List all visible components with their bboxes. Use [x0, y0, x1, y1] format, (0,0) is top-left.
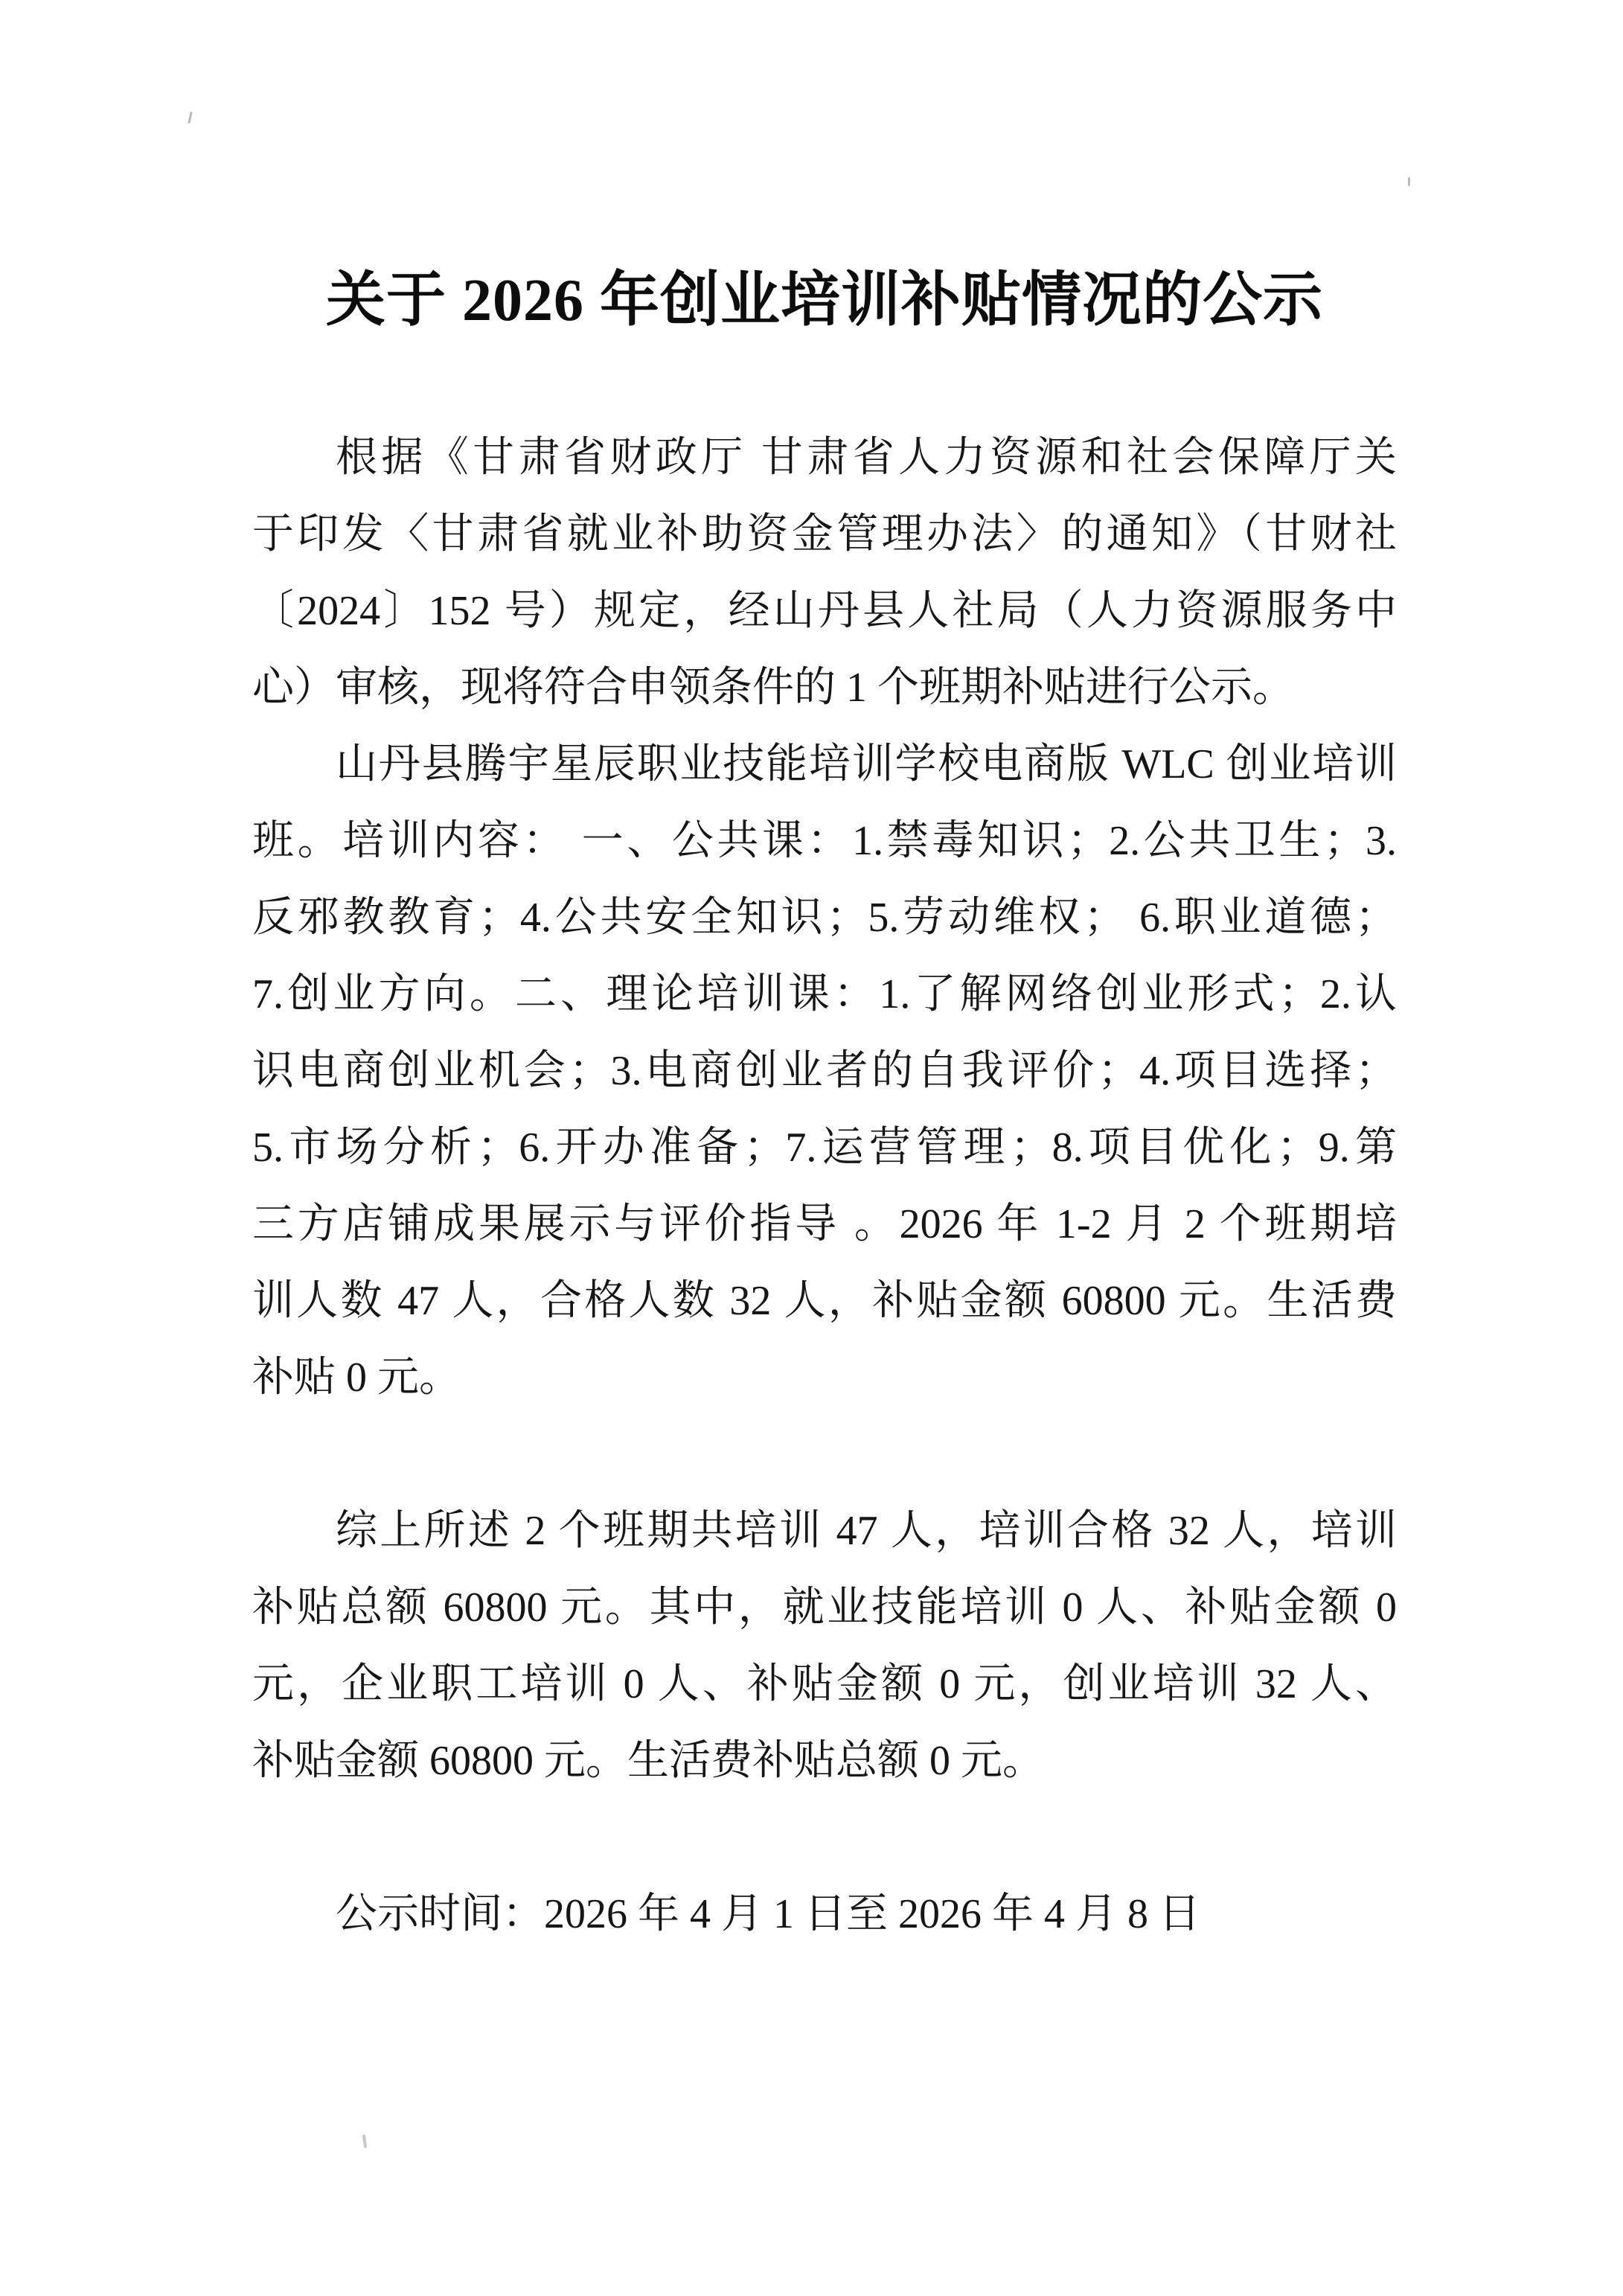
- paragraph-3-line: 元，企业职工培训 0 人、补贴金额 0 元，创业培训 32 人、: [252, 1646, 1397, 1723]
- paragraph-2-line: 补贴 0 元。: [252, 1340, 1397, 1416]
- paragraph-2-line: 7.创业方向。二、理论培训课：1.了解网络创业形式；2.认: [252, 956, 1397, 1033]
- document-title: 关于 2026 年创业培训补贴情况的公示: [252, 265, 1397, 336]
- paragraph-2-line: 三方店铺成果展示与评价指导 。2026 年 1-2 月 2 个班期培: [252, 1186, 1397, 1263]
- document-content: 关于 2026 年创业培训补贴情况的公示 根据《甘肃省财政厅 甘肃省人力资源和社…: [252, 0, 1397, 1953]
- paragraph-2-line: 班。培训内容： 一、公共课：1.禁毒知识；2.公共卫生；3.: [252, 803, 1397, 880]
- document-page: 关于 2026 年创业培训补贴情况的公示 根据《甘肃省财政厅 甘肃省人力资源和社…: [0, 0, 1623, 2296]
- document-body: 根据《甘肃省财政厅 甘肃省人力资源和社会保障厅关 于印发〈甘肃省就业补助资金管理…: [252, 420, 1397, 1953]
- blank-line: [252, 1800, 1397, 1876]
- scan-speck: [362, 2134, 367, 2148]
- paragraph-3-line: 综上所述 2 个班期共培训 47 人，培训合格 32 人，培训: [252, 1493, 1397, 1570]
- paragraph-1-line: 于印发〈甘肃省就业补助资金管理办法〉的通知》（甘财社: [252, 496, 1397, 573]
- blank-line: [252, 1416, 1397, 1493]
- paragraph-2-line: 识电商创业机会；3.电商创业者的自我评价；4.项目选择；: [252, 1033, 1397, 1110]
- publicity-period-line: 公示时间：2026 年 4 月 1 日至 2026 年 4 月 8 日: [252, 1876, 1397, 1953]
- paragraph-2-line: 5.市场分析；6.开办准备；7.运营管理；8.项目优化；9.第: [252, 1110, 1397, 1186]
- scan-speck: [1408, 177, 1410, 186]
- paragraph-1-line: 心）审核，现将符合申领条件的 1 个班期补贴进行公示。: [252, 650, 1397, 726]
- paragraph-3-line: 补贴金额 60800 元。生活费补贴总额 0 元。: [252, 1723, 1397, 1800]
- paragraph-1-line: 根据《甘肃省财政厅 甘肃省人力资源和社会保障厅关: [252, 420, 1397, 496]
- paragraph-2-line: 反邪教教育；4.公共安全知识；5.劳动维权； 6.职业道德；: [252, 880, 1397, 956]
- paragraph-2-line: 山丹县腾宇星辰职业技能培训学校电商版 WLC 创业培训: [252, 726, 1397, 803]
- scan-speck: [188, 112, 192, 124]
- paragraph-1-line: 〔2024〕152 号）规定，经山丹县人社局（人力资源服务中: [252, 573, 1397, 650]
- paragraph-2-line: 训人数 47 人，合格人数 32 人，补贴金额 60800 元。生活费: [252, 1263, 1397, 1340]
- paragraph-3-line: 补贴总额 60800 元。其中，就业技能培训 0 人、补贴金额 0: [252, 1570, 1397, 1646]
